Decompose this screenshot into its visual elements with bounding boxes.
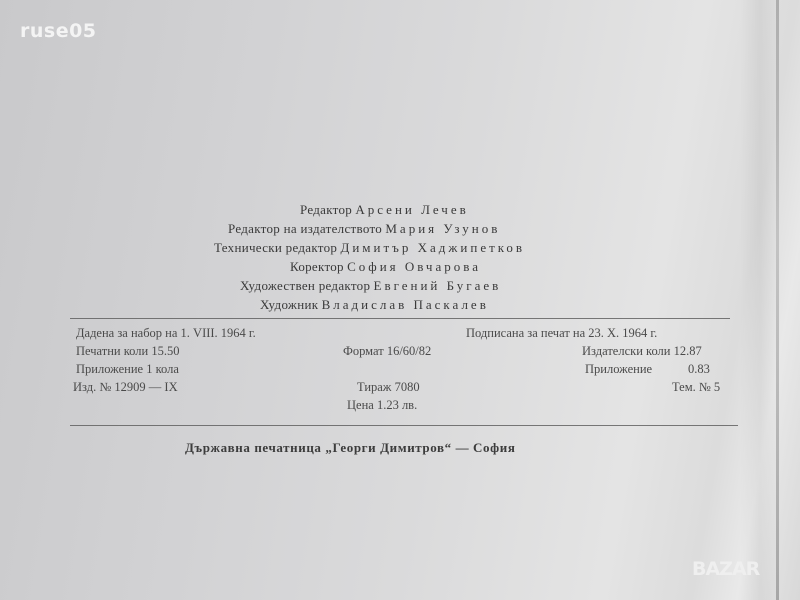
theme-number: Тем. № 5 bbox=[672, 380, 720, 395]
credit-name: Мария Узунов bbox=[385, 221, 500, 236]
credit-name: Димитър Хаджипетков bbox=[340, 240, 525, 255]
credit-role: Редактор на издателството bbox=[228, 221, 382, 236]
credit-technical-editor: Технически редактор Димитър Хаджипетков bbox=[214, 240, 525, 256]
credit-role: Редактор bbox=[300, 202, 352, 217]
credit-editor: Редактор Арсени Лечев bbox=[300, 202, 469, 218]
divider-bottom bbox=[70, 425, 738, 426]
publication-number: Изд. № 12909 — IX bbox=[73, 380, 178, 395]
printer-line: Държавна печатница „Георги Димитров“ — С… bbox=[185, 440, 515, 456]
credit-name: Владислав Паскалев bbox=[322, 297, 489, 312]
watermark-bazar-logo: BAZAR bbox=[692, 558, 759, 580]
print-run: Тираж 7080 bbox=[357, 380, 420, 395]
credit-proofreader: Коректор София Овчарова bbox=[290, 259, 481, 275]
credit-role: Художествен редактор bbox=[240, 278, 370, 293]
publisher-sheets: Издателски коли 12.87 bbox=[582, 344, 702, 359]
appendix-value: 0.83 bbox=[688, 362, 710, 377]
credit-name: Арсени Лечев bbox=[355, 202, 468, 217]
credit-name: София Овчарова bbox=[347, 259, 481, 274]
credit-name: Евгений Бугаев bbox=[374, 278, 502, 293]
page-shadow bbox=[740, 0, 780, 600]
credit-artist: Художник Владислав Паскалев bbox=[260, 297, 489, 313]
credit-role: Технически редактор bbox=[214, 240, 337, 255]
signed-for-print: Подписана за печат на 23. X. 1964 г. bbox=[466, 326, 657, 341]
price: Цена 1.23 лв. bbox=[347, 398, 417, 413]
appendix-sheets: Приложение 1 кола bbox=[76, 362, 179, 377]
credit-role: Коректор bbox=[290, 259, 344, 274]
credit-art-editor: Художествен редактор Евгений Бугаев bbox=[240, 278, 501, 294]
typeset-date: Дадена за набор на 1. VIII. 1964 г. bbox=[76, 326, 256, 341]
divider-top bbox=[70, 318, 730, 319]
credit-role: Художник bbox=[260, 297, 318, 312]
watermark-ruse05: ruse05 bbox=[20, 20, 97, 42]
appendix-label: Приложение bbox=[585, 362, 652, 377]
page-edge bbox=[776, 0, 779, 600]
format: Формат 16/60/82 bbox=[343, 344, 431, 359]
credit-publisher-editor: Редактор на издателството Мария Узунов bbox=[228, 221, 500, 237]
print-sheets: Печатни коли 15.50 bbox=[76, 344, 179, 359]
